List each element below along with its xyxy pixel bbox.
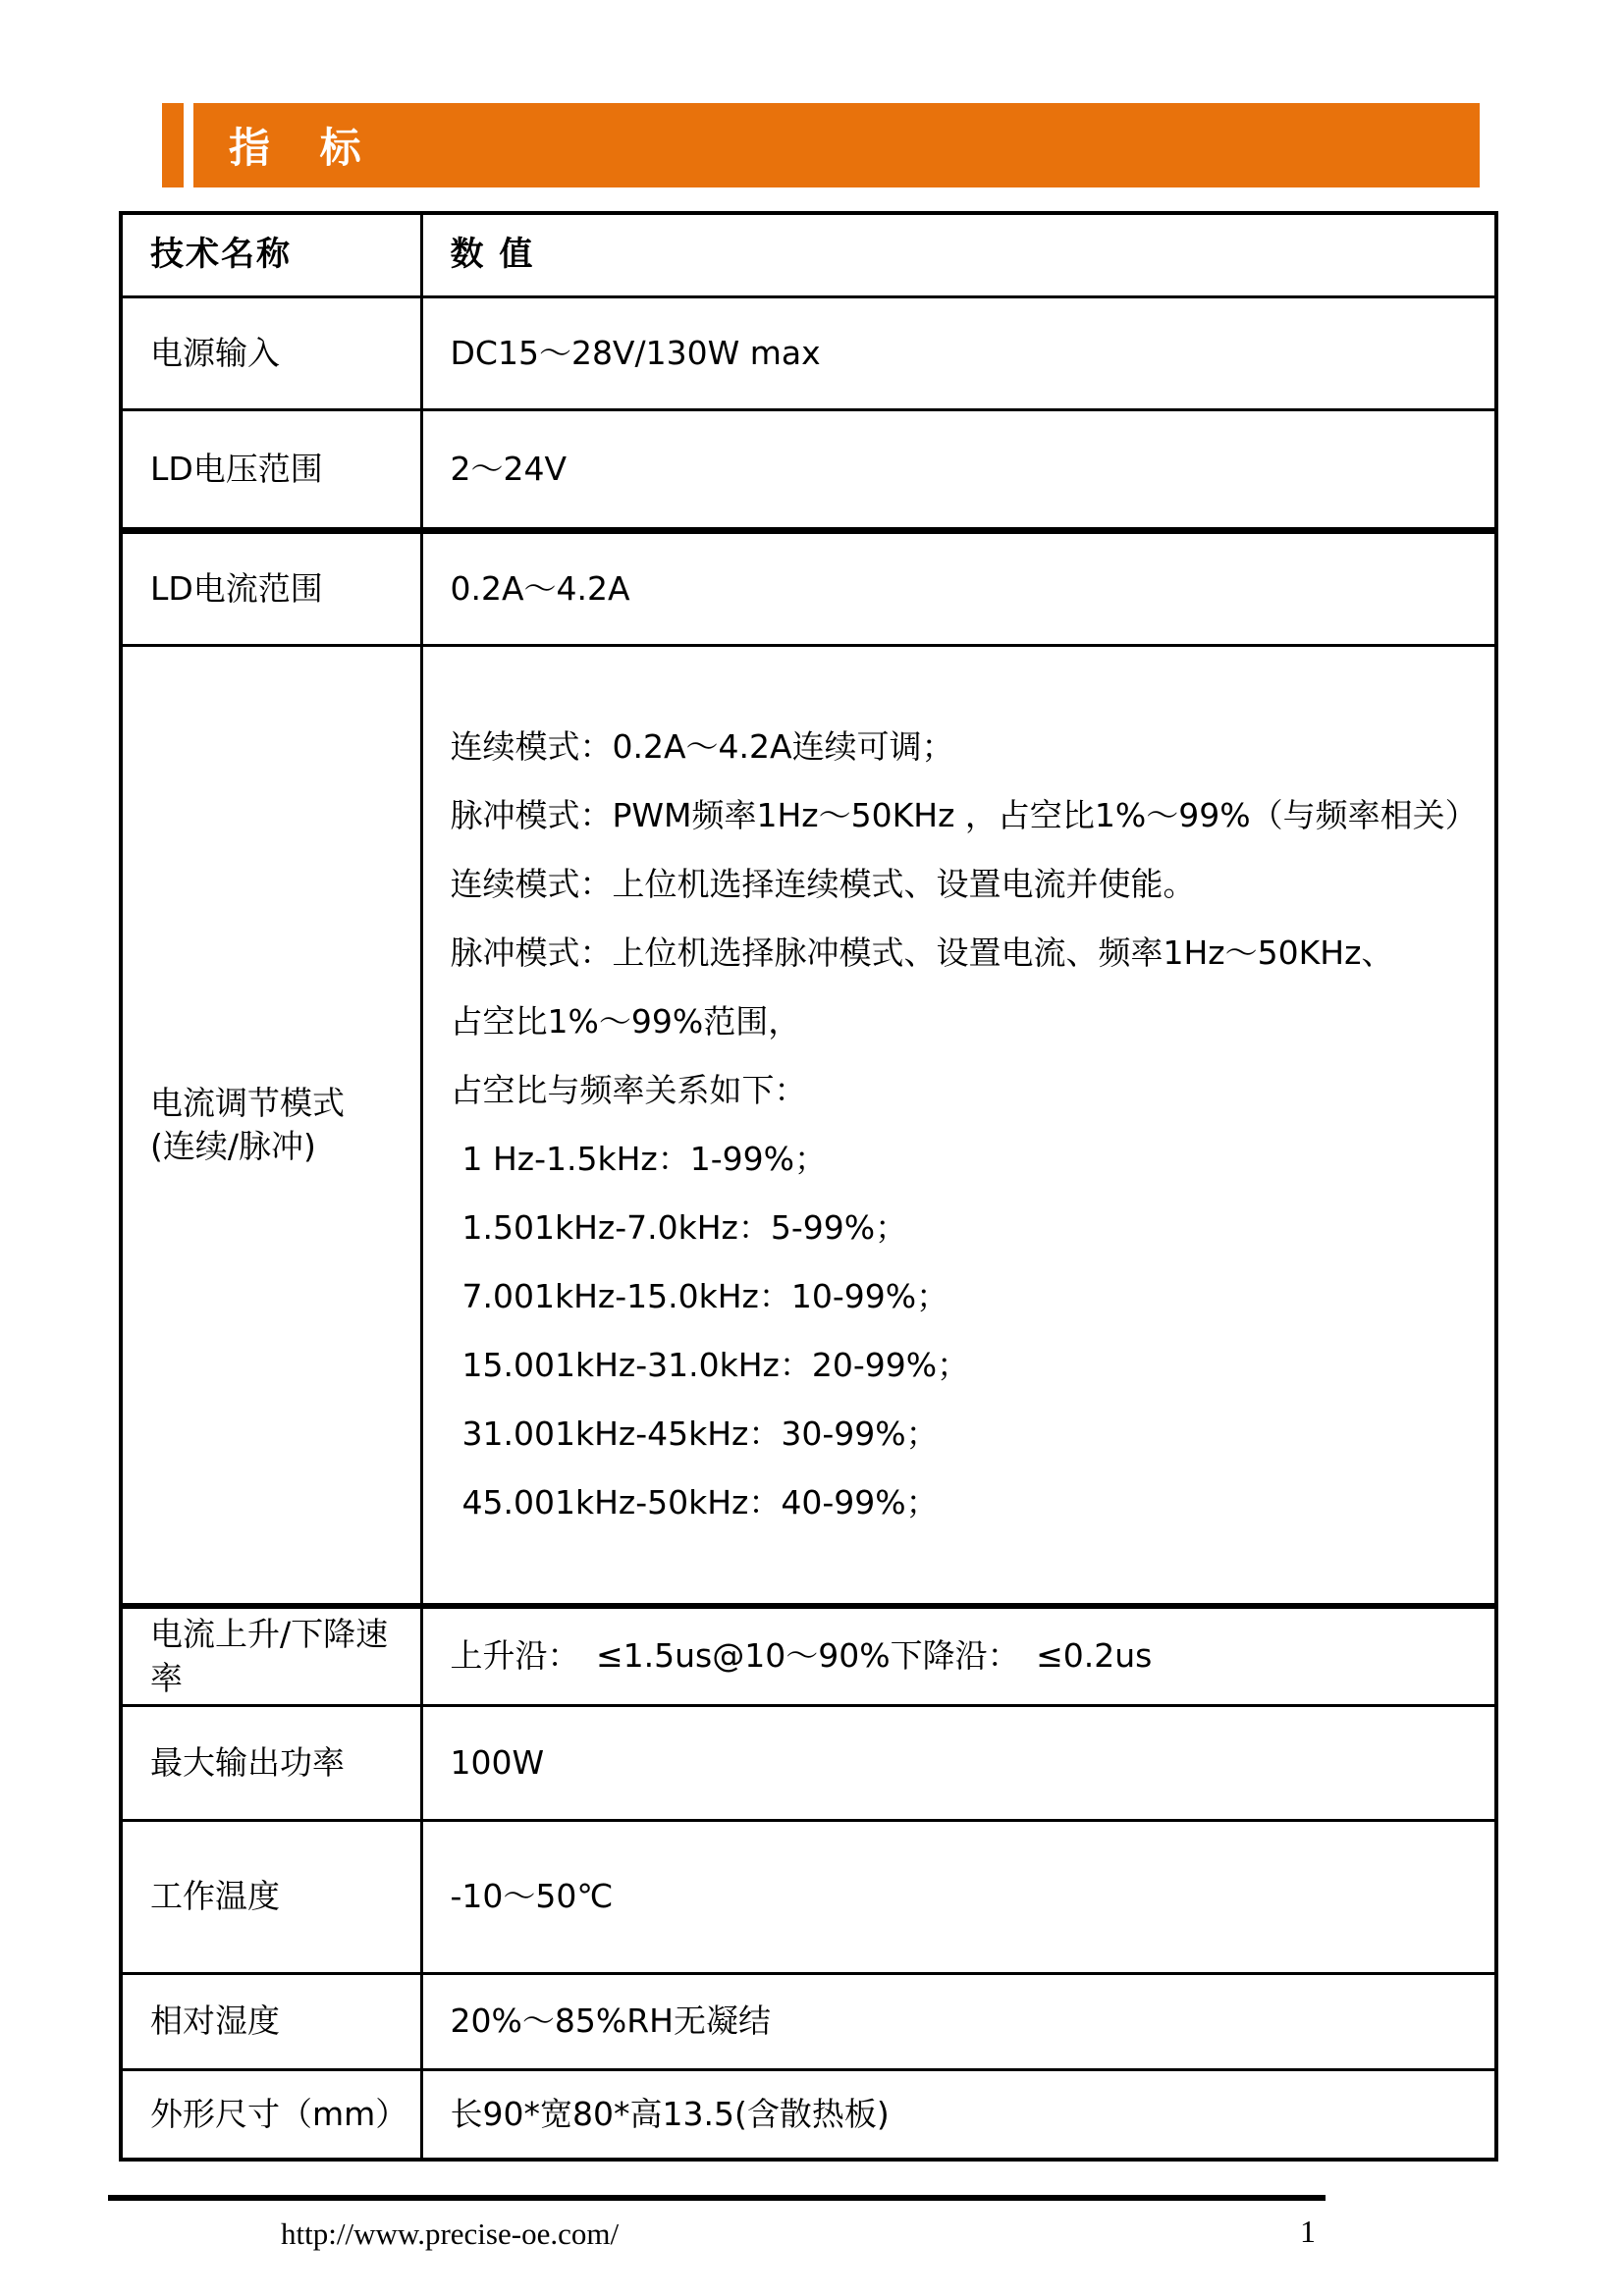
- mode-line: 占空比与频率关系如下：: [451, 1056, 1495, 1125]
- spec-name: 电源输入: [121, 297, 421, 410]
- mode-line: 脉冲模式：上位机选择脉冲模式、设置电流、频率1Hz～50KHz、: [451, 919, 1495, 988]
- freq-duty-line: 1 Hz-1.5kHz：1-99%；: [451, 1125, 1495, 1194]
- mode-line: 占空比1%～99%范围，: [451, 988, 1495, 1056]
- spec-value: 100W: [421, 1706, 1496, 1821]
- table-row: 电源输入 DC15～28V/130W max: [121, 297, 1496, 410]
- spec-value: 长90*宽80*高13.5(含散热板): [421, 2070, 1496, 2161]
- spec-name: 电流调节模式 (连续/脉冲): [121, 646, 421, 1607]
- spec-value: 0.2A～4.2A: [421, 531, 1496, 646]
- spec-value: 2～24V: [421, 410, 1496, 531]
- spec-name: LD电流范围: [121, 531, 421, 646]
- spec-name: LD电压范围: [121, 410, 421, 531]
- mode-line: 连续模式：0.2A～4.2A连续可调；: [451, 713, 1495, 781]
- table-header-row: 技术名称 数 值: [121, 213, 1496, 297]
- spec-name: 电流上升/下降速率: [121, 1606, 421, 1706]
- spec-table: 技术名称 数 值 电源输入 DC15～28V/130W max LD电压范围 2…: [119, 211, 1498, 2162]
- table-row: 外形尺寸（mm） 长90*宽80*高13.5(含散热板): [121, 2070, 1496, 2161]
- table-row: 最大输出功率 100W: [121, 1706, 1496, 1821]
- column-header-name: 技术名称: [121, 213, 421, 297]
- footer-page-number: 1: [1300, 2214, 1316, 2250]
- heading-accent-bar: [162, 103, 184, 187]
- table-row: 工作温度 -10～50℃: [121, 1821, 1496, 1974]
- spec-name-line1: 电流调节模式: [150, 1082, 420, 1125]
- table-row: LD电压范围 2～24V: [121, 410, 1496, 531]
- spec-name: 相对湿度: [121, 1974, 421, 2070]
- spec-value: 上升沿： ≤1.5us@10～90%下降沿： ≤0.2us: [421, 1606, 1496, 1706]
- freq-duty-line: 15.001kHz-31.0kHz：20-99%；: [451, 1331, 1495, 1400]
- column-header-value: 数 值: [421, 213, 1496, 297]
- document-page: 指 标 技术名称 数 值 电源输入 DC15～28V/130W max LD电压…: [0, 0, 1624, 2296]
- freq-duty-line: 45.001kHz-50kHz：40-99%；: [451, 1468, 1495, 1537]
- spec-name: 工作温度: [121, 1821, 421, 1974]
- spec-value: -10～50℃: [421, 1821, 1496, 1974]
- table-row-current-mode: 电流调节模式 (连续/脉冲) 连续模式：0.2A～4.2A连续可调； 脉冲模式：…: [121, 646, 1496, 1607]
- table-row: LD电流范围 0.2A～4.2A: [121, 531, 1496, 646]
- mode-line: 脉冲模式：PWM频率1Hz～50KHz ，占空比1%～99%（与频率相关）: [451, 781, 1495, 850]
- spec-name: 最大输出功率: [121, 1706, 421, 1821]
- freq-duty-line: 31.001kHz-45kHz：30-99%；: [451, 1400, 1495, 1468]
- heading-bar: 指 标: [193, 103, 1480, 187]
- section-title: 指 标: [193, 116, 379, 175]
- table-row: 相对湿度 20%～85%RH无凝结: [121, 1974, 1496, 2070]
- mode-line: 连续模式：上位机选择连续模式、设置电流并使能。: [451, 850, 1495, 919]
- footer-divider: [108, 2195, 1326, 2201]
- spec-value-multiline: 连续模式：0.2A～4.2A连续可调； 脉冲模式：PWM频率1Hz～50KHz …: [421, 646, 1496, 1607]
- freq-duty-line: 1.501kHz-7.0kHz：5-99%；: [451, 1194, 1495, 1262]
- spec-name: 外形尺寸（mm）: [121, 2070, 421, 2161]
- spec-value: DC15～28V/130W max: [421, 297, 1496, 410]
- footer-url: http://www.precise-oe.com/: [281, 2216, 619, 2252]
- spec-name-line2: (连续/脉冲): [150, 1125, 420, 1168]
- table-row: 电流上升/下降速率 上升沿： ≤1.5us@10～90%下降沿： ≤0.2us: [121, 1606, 1496, 1706]
- spec-value: 20%～85%RH无凝结: [421, 1974, 1496, 2070]
- freq-duty-line: 7.001kHz-15.0kHz：10-99%；: [451, 1262, 1495, 1331]
